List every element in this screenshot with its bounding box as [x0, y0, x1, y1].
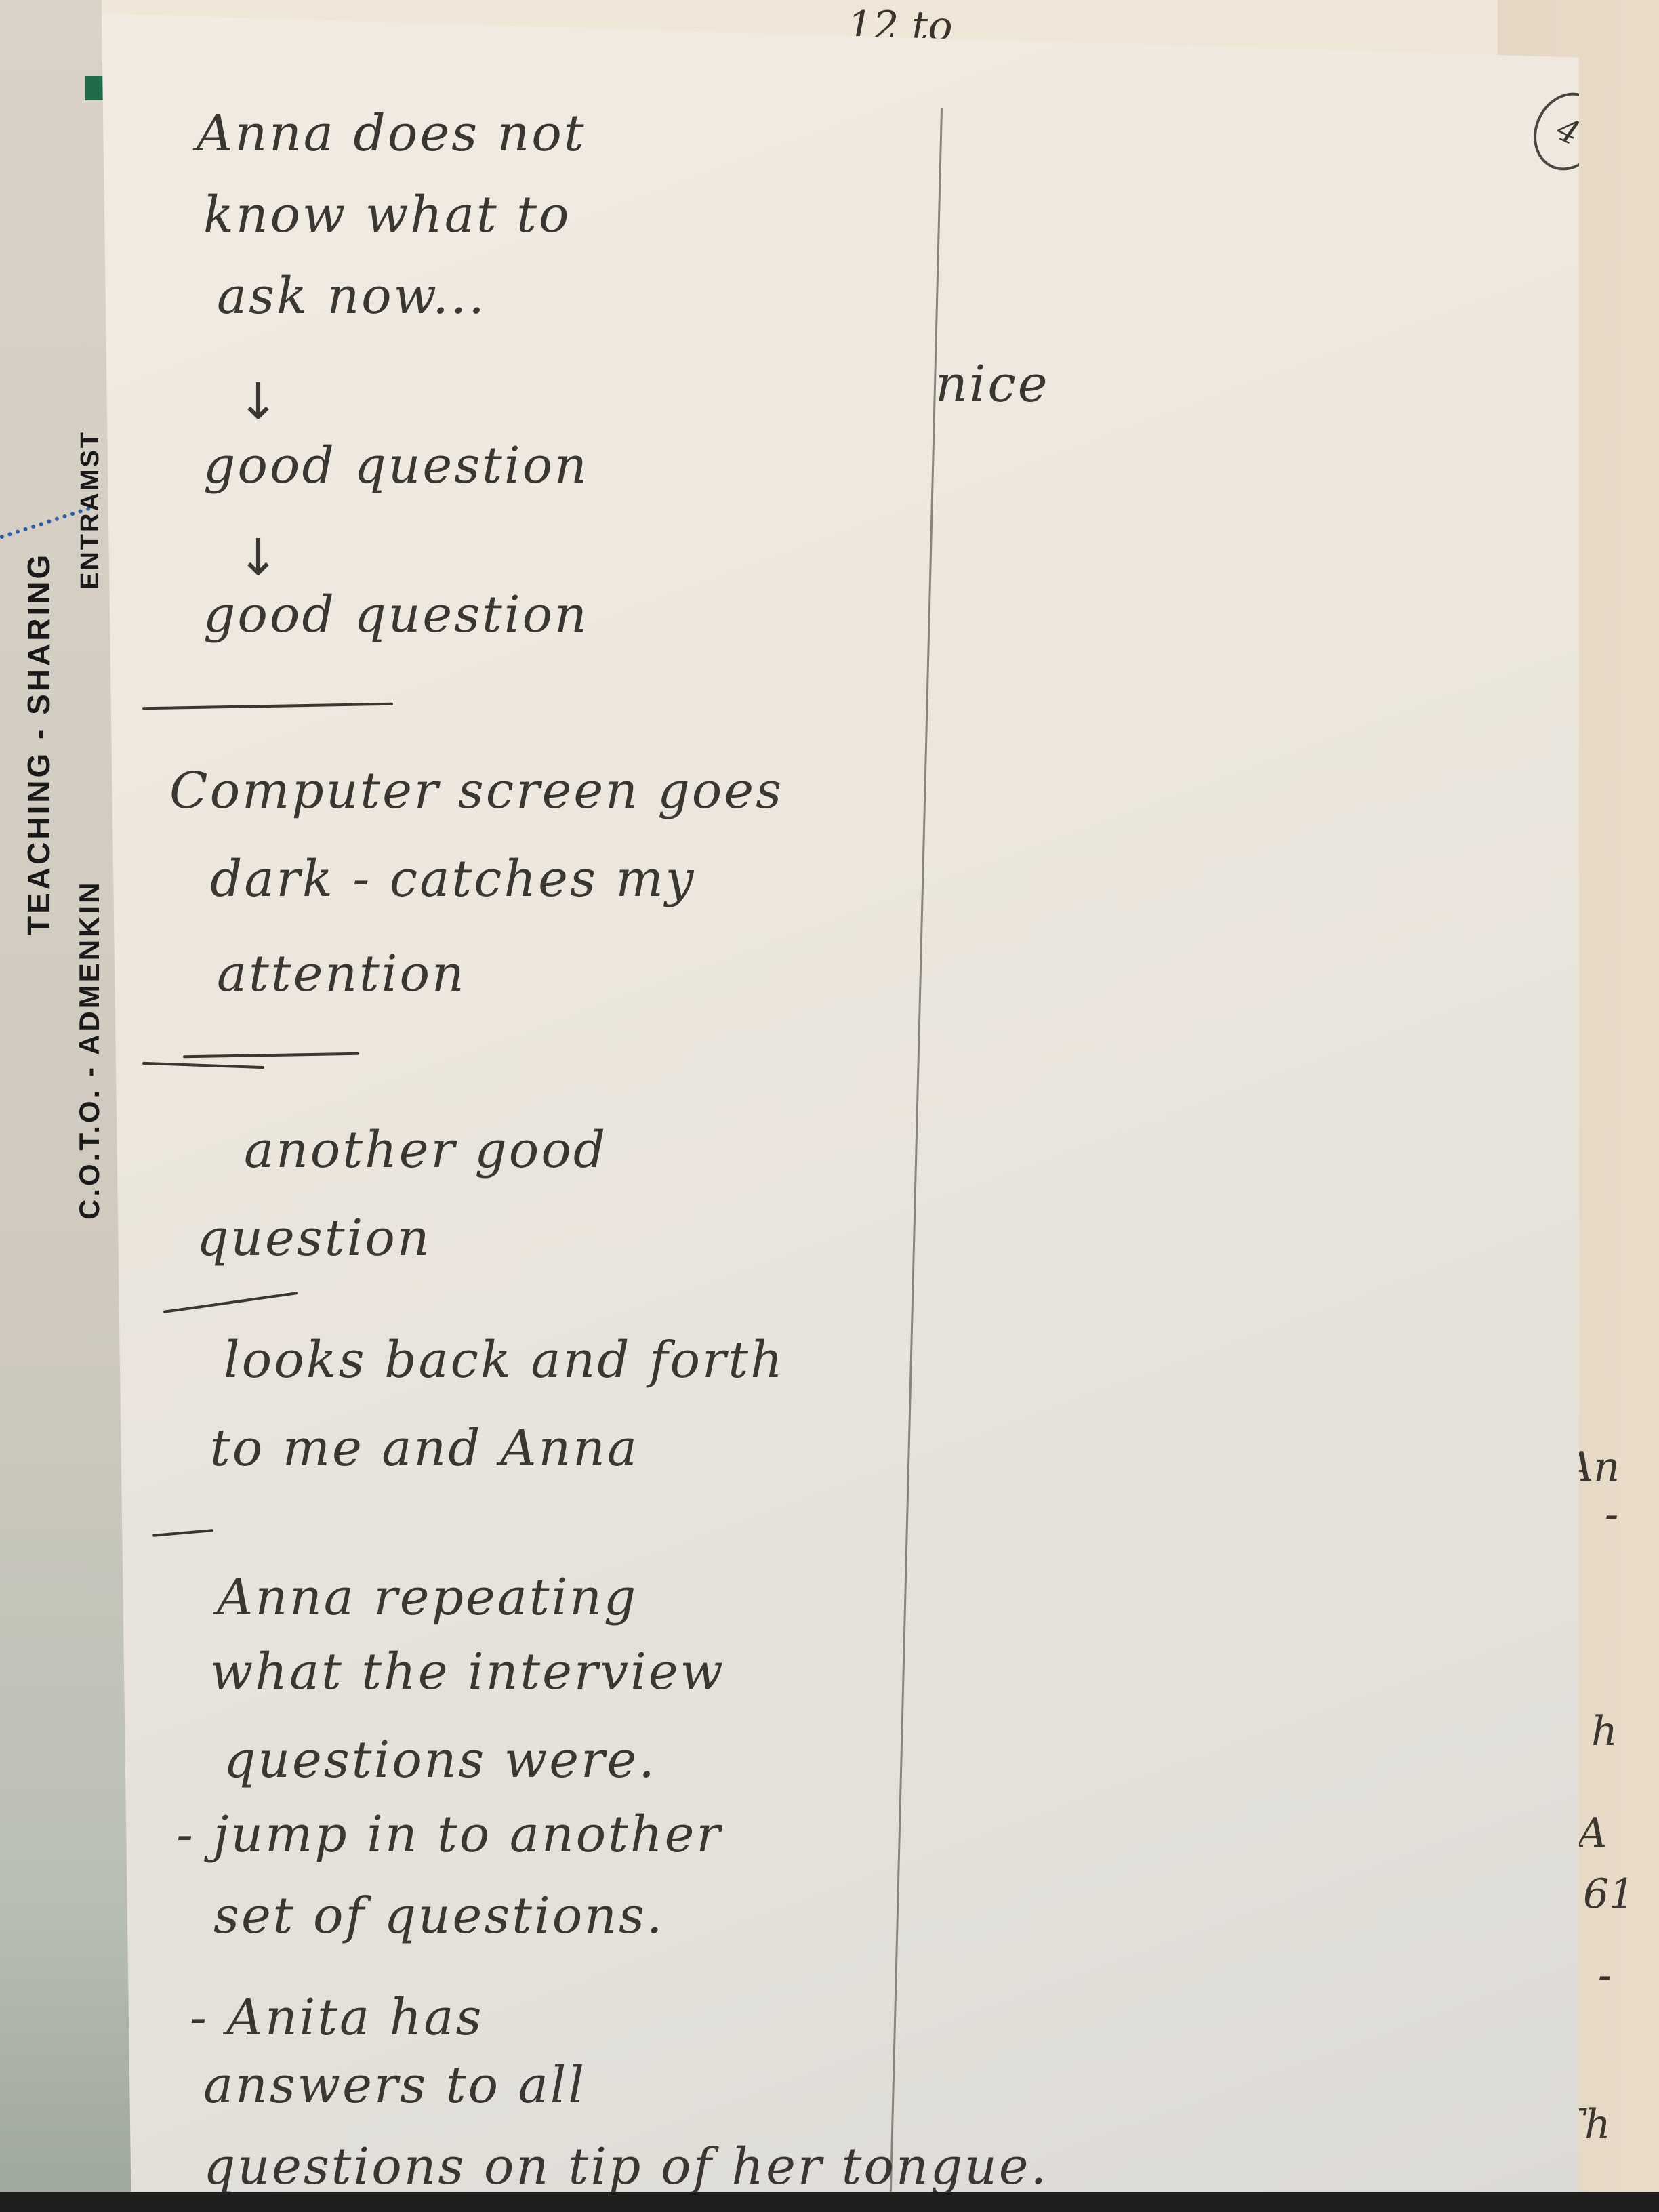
right-sheet-fragment: h	[1591, 1708, 1618, 1755]
background-desk-bottom	[0, 2192, 1659, 2212]
note-line: looks back and forth	[224, 1335, 785, 1385]
note-line: good question	[203, 441, 589, 491]
margin-comment: nice	[935, 359, 1050, 409]
note-line: ask now...	[217, 271, 487, 321]
background-sheet-text: TEACHING - SHARING	[20, 552, 57, 935]
note-line: Computer screen goes	[169, 766, 783, 816]
note-line: attention	[217, 949, 466, 999]
down-arrow-icon: ↓	[237, 529, 279, 587]
note-line: know what to	[203, 190, 571, 240]
note-line: Anna repeating	[217, 1572, 638, 1622]
background-sheet-text: C.O.T.O. - ADMENKIN	[73, 880, 106, 1220]
column-divider	[889, 108, 943, 2209]
note-line: Anna does not	[197, 108, 586, 159]
right-sheet-fragment: -	[1598, 1952, 1612, 1999]
note-line: good question	[203, 590, 589, 640]
note-line: set of questions.	[213, 1891, 664, 1941]
note-line: question	[197, 1213, 431, 1263]
separator-line	[142, 703, 393, 710]
right-sheet-fragment: A	[1578, 1809, 1607, 1857]
separator-line	[152, 1529, 213, 1537]
right-sheet-fragment: -	[1605, 1491, 1618, 1538]
note-line: answers to all	[203, 2060, 586, 2110]
down-arrow-icon: ↓	[237, 373, 279, 431]
notebook-page: 4 Anna does not know what to ask now... …	[102, 14, 1579, 2203]
note-line: questions were.	[224, 1735, 657, 1785]
note-line: to me and Anna	[210, 1423, 639, 1473]
separator-line	[183, 1052, 359, 1059]
separator-line	[163, 1292, 298, 1313]
note-line: - jump in to another	[176, 1809, 722, 1860]
separator-line	[142, 1062, 264, 1069]
background-sheet-text: ENTRAMST	[76, 430, 105, 590]
note-line: dark - catches my	[210, 854, 695, 904]
green-tab-marker	[85, 76, 105, 100]
note-line: questions on tip of her tongue.	[203, 2142, 1048, 2192]
note-line: another good	[244, 1125, 607, 1175]
note-line: what the interview	[210, 1647, 725, 1697]
right-sheet-fragment: 61	[1583, 1870, 1635, 1918]
note-line: - Anita has	[190, 1992, 483, 2043]
